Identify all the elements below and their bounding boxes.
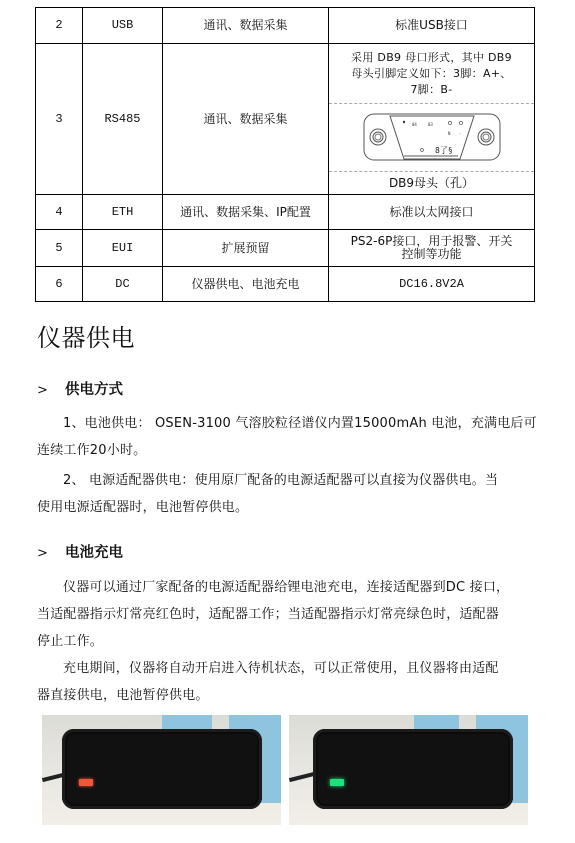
desc-line: 7脚：B-	[410, 83, 452, 96]
text-line: 当适配器指示灯常亮红色时，适配器工作；当适配器指示灯常亮绿色时，适配器	[37, 607, 499, 622]
subsection-title-battery-charging: >电池充电	[37, 541, 123, 562]
cell-name: USB	[83, 8, 163, 44]
remark-line: 控制等功能	[401, 247, 461, 261]
cell-name: RS485	[83, 44, 163, 195]
cell-no: 2	[36, 8, 83, 44]
db9-connector-figure: 04 03 N - 8了§	[329, 104, 534, 172]
text-line: 1、电池供电： OSEN-3100 气溶胶粒径谱仪内置15000mAh 电池，充…	[63, 416, 537, 431]
cell-name: ETH	[83, 195, 163, 230]
table-row: 2 USB 通讯、数据采集 标准USB接口	[36, 8, 535, 44]
svg-text:03: 03	[428, 122, 433, 127]
text-line: 器直接供电，电池暂停供电。	[37, 688, 209, 703]
svg-text:04: 04	[412, 122, 417, 127]
paragraph-adapter-power: 2、 电源适配器供电：使用原厂配备的电源适配器可以直接为仪器供电。当 使用电源适…	[37, 467, 547, 521]
paragraph-charging: 仪器可以通过厂家配备的电源适配器给锂电池充电，连接适配器到DC 接口， 当适配器…	[37, 574, 547, 655]
adapter-body	[62, 729, 262, 809]
cell-remark: 标准USB接口	[329, 8, 535, 44]
text-line: 停止工作。	[37, 634, 103, 649]
table-row: 6 DC 仪器供电、电池充电 DC16.8V2A	[36, 267, 535, 302]
text-line: 仪器可以通过厂家配备的电源适配器给锂电池充电，连接适配器到DC 接口，	[63, 580, 509, 595]
cell-function: 仪器供电、电池充电	[163, 267, 329, 302]
red-led-icon	[79, 779, 93, 786]
chevron-right-icon: >	[37, 546, 65, 561]
text-line: 充电期间，仪器将自动开启进入待机状态，可以正常使用，且仪器将由适配	[63, 661, 499, 676]
desc-line: 母头引脚定义如下：3脚：A+、	[351, 67, 511, 80]
cell-no: 4	[36, 195, 83, 230]
photo-adapter-green-led	[289, 715, 528, 825]
cell-name: DC	[83, 267, 163, 302]
table-row: 4 ETH 通讯、数据采集、IP配置 标准以太网接口	[36, 195, 535, 230]
interface-table: 2 USB 通讯、数据采集 标准USB接口 3 RS485 通讯、数据采集 采用…	[35, 7, 535, 302]
remark-line: PS2-6P接口，用于报警、开关	[351, 234, 513, 248]
subsection-label: 供电方式	[65, 382, 123, 398]
db9-connector-icon: 04 03 N - 8了§	[362, 110, 502, 166]
cell-name: EUI	[83, 230, 163, 267]
chevron-right-icon: >	[37, 383, 65, 398]
adapter-body	[313, 729, 513, 809]
socket-panel	[162, 715, 212, 729]
text-line: 连续工作20小时。	[37, 443, 146, 458]
subsection-label: 电池充电	[65, 545, 123, 561]
cell-function: 扩展预留	[163, 230, 329, 267]
table-row: 5 EUI 扩展预留 PS2-6P接口，用于报警、开关 控制等功能	[36, 230, 535, 267]
text-line: 使用电源适配器时，电池暂停供电。	[37, 500, 248, 515]
subsection-title-power-mode: >供电方式	[37, 378, 123, 399]
cell-no: 5	[36, 230, 83, 267]
green-led-icon	[330, 779, 344, 786]
table-row: 3 RS485 通讯、数据采集 采用 DB9 母口形式，其中 DB9 母头引脚定…	[36, 44, 535, 195]
svg-text:-: -	[459, 131, 461, 136]
socket-panel	[414, 715, 459, 729]
cell-remark: 采用 DB9 母口形式，其中 DB9 母头引脚定义如下：3脚：A+、 7脚：B-…	[329, 44, 535, 195]
cell-function: 通讯、数据采集	[163, 8, 329, 44]
desc-line: 采用 DB9 母口形式，其中 DB9	[351, 51, 512, 64]
section-title: 仪器供电	[37, 318, 135, 353]
paragraph-battery-power: 1、电池供电： OSEN-3100 气溶胶粒径谱仪内置15000mAh 电池，充…	[37, 410, 547, 464]
paragraph-charging-standby: 充电期间，仪器将自动开启进入待机状态，可以正常使用，且仪器将由适配 器直接供电，…	[37, 655, 547, 709]
photo-adapter-red-led	[42, 715, 281, 825]
cell-remark: PS2-6P接口，用于报警、开关 控制等功能	[329, 230, 535, 267]
cell-remark: DC16.8V2A	[329, 267, 535, 302]
cell-no: 6	[36, 267, 83, 302]
cell-function: 通讯、数据采集、IP配置	[163, 195, 329, 230]
cell-no: 3	[36, 44, 83, 195]
text-line: 2、 电源适配器供电：使用原厂配备的电源适配器可以直接为仪器供电。当	[63, 473, 498, 488]
cell-remark: 标准以太网接口	[329, 195, 535, 230]
cell-function: 通讯、数据采集	[163, 44, 329, 195]
svg-text:8了§: 8了§	[435, 146, 453, 155]
rs485-description: 采用 DB9 母口形式，其中 DB9 母头引脚定义如下：3脚：A+、 7脚：B-	[329, 44, 534, 104]
cable	[289, 772, 315, 782]
db9-caption: DB9母头（孔）	[329, 172, 534, 194]
